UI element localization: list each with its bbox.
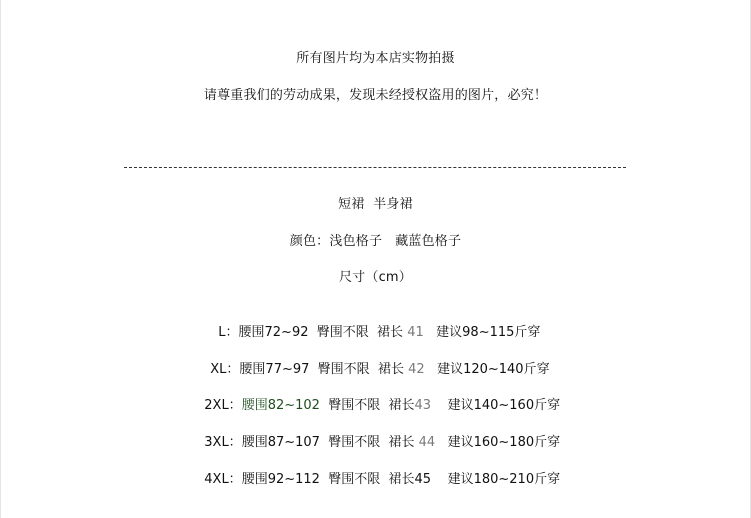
length-value: 41 [407, 325, 424, 340]
size-row-2xl: 2XL：腰围82~102 臀围不限 裙长43 建议140~160斤穿 [196, 379, 560, 415]
length-label: 裙长 [377, 325, 403, 340]
size-label: 4XL： [204, 472, 241, 487]
hip: 臀围不限 [318, 362, 370, 377]
size-heading: 尺寸（cm） [0, 269, 751, 287]
size-label: 3XL： [204, 435, 241, 450]
notice-line-2: 请尊重我们的劳动成果，发现未经授权盗用的图片，必究！ [0, 87, 751, 105]
recommend: 建议160~180斤穿 [448, 435, 561, 450]
waist: 腰围77~97 [239, 362, 309, 377]
dashed-divider [124, 167, 626, 168]
waist: 腰围87~107 [242, 435, 320, 450]
hip: 臀围不限 [328, 398, 380, 413]
recommend: 建议180~210斤穿 [448, 472, 561, 487]
size-label: L： [218, 325, 238, 340]
size-row-l: L：腰围72~92 臀围不限 裙长 41 建议98~115斤穿 [210, 306, 540, 342]
size-row-4xl: 4XL：腰围92~112 臀围不限 裙长45 建议180~210斤穿 [196, 453, 560, 489]
recommend: 建议120~140斤穿 [437, 362, 550, 377]
colors-value: 浅色格子 藏蓝色格子 [329, 234, 461, 249]
waist: 腰围82~102 [242, 398, 320, 413]
waist: 腰围72~92 [239, 325, 309, 340]
length-value: 42 [408, 362, 425, 377]
size-label: 2XL： [204, 398, 241, 413]
size-label: XL： [210, 362, 239, 377]
length-value: 43 [415, 398, 432, 413]
hip: 臀围不限 [328, 472, 380, 487]
size-row-xl: XL：腰围77~97 臀围不限 裙长 42 建议120~140斤穿 [202, 343, 550, 379]
hip: 臀围不限 [317, 325, 369, 340]
colors-label: 颜色： [290, 234, 330, 249]
size-row-3xl: 3XL：腰围87~107 臀围不限 裙长 44 建议160~180斤穿 [196, 416, 560, 452]
product-type: 短裙 半身裙 [0, 196, 751, 214]
hip: 臀围不限 [328, 435, 380, 450]
length-label: 裙长 [388, 398, 414, 413]
length-label: 裙长 [388, 472, 414, 487]
length-label: 裙长 [388, 435, 414, 450]
recommend: 建议98~115斤穿 [436, 325, 540, 340]
length-value: 44 [419, 435, 436, 450]
product-colors: 颜色：浅色格子 藏蓝色格子 [0, 233, 751, 251]
length-value: 45 [415, 472, 432, 487]
waist: 腰围92~112 [242, 472, 320, 487]
recommend: 建议140~160斤穿 [448, 398, 561, 413]
length-label: 裙长 [378, 362, 404, 377]
notice-line-1: 所有图片均为本店实物拍摄 [0, 50, 751, 68]
